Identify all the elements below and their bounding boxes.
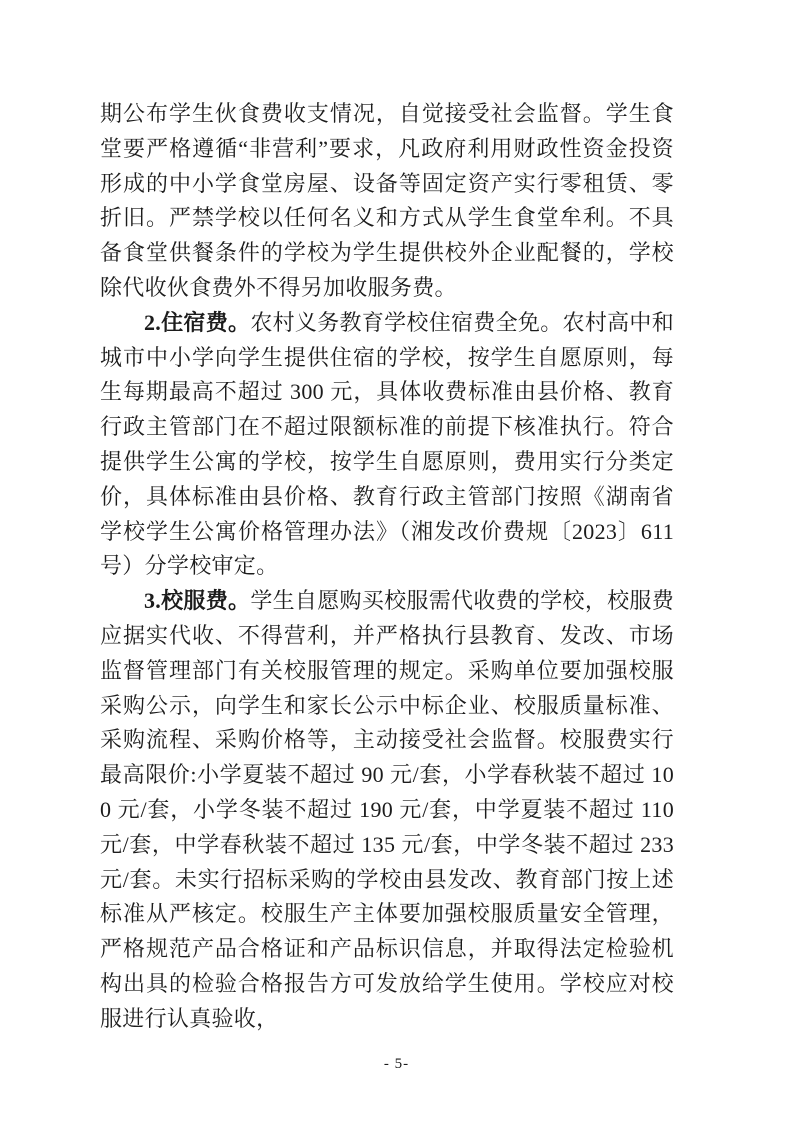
paragraph-canteen-fees: 期公布学生伙食费收支情况，自觉接受社会监督。学生食堂要严格遵循“非营利”要求，凡… [100,97,674,306]
paragraph-accommodation-fees: 2.住宿费。农村义务教育学校住宿费全免。农村高中和城市中小学向学生提供住宿的学校… [100,306,674,584]
paragraph-text: 农村义务教育学校住宿费全免。农村高中和城市中小学向学生提供住宿的学校，按学生自愿… [100,310,674,579]
paragraph-text: 学生自愿购买校服需代收费的学校，校服费应据实代收、不得营利，并严格执行县教育、发… [100,588,674,1031]
document-body: 期公布学生伙食费收支情况，自觉接受社会监督。学生食堂要严格遵循“非营利”要求，凡… [100,97,674,1037]
document-page: 期公布学生伙食费收支情况，自觉接受社会监督。学生食堂要严格遵循“非营利”要求，凡… [0,0,793,1122]
page-number: - 5- [0,1056,793,1073]
paragraph-lead-uniform: 3.校服费。 [144,588,250,613]
paragraph-text: 期公布学生伙食费收支情况，自觉接受社会监督。学生食堂要严格遵循“非营利”要求，凡… [100,101,674,300]
paragraph-uniform-fees: 3.校服费。学生自愿购买校服需代收费的学校，校服费应据实代收、不得营利，并严格执… [100,584,674,1036]
paragraph-lead-accommodation: 2.住宿费。 [144,310,250,335]
